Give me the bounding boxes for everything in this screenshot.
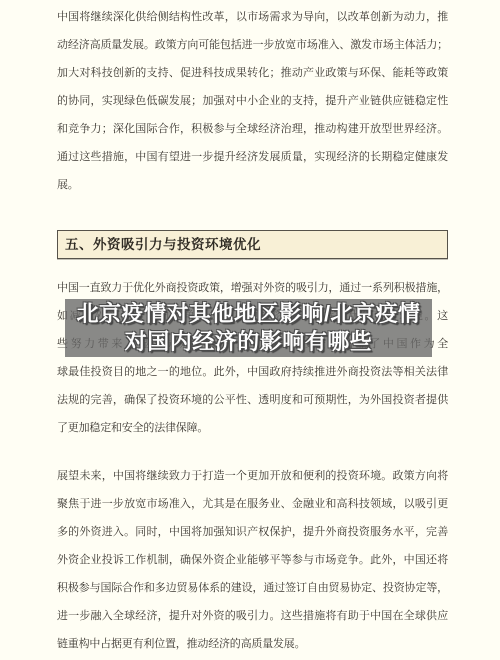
text-line: 进一步融入全球经济，提升对外资的吸引力。这些措施将有助于中国在全球供应 <box>57 602 448 630</box>
text-line: 展。 <box>57 171 448 199</box>
text-line: 展望未来，中国将继续致力于打造一个更加开放和便利的投资环境。政策方向将 <box>57 462 448 490</box>
banner-title-line-2: 对国内经济的影响有哪些 <box>125 328 373 356</box>
text-line: 加大对科技创新的支持、促进科技成果转化；推动产业政策与环保、能耗等政策 <box>57 59 448 87</box>
text-line: 中国一直致力于优化外商投资政策，增强对外资的吸引力，通过一系列积极措施， <box>57 274 448 302</box>
text-line: 动经济高质量发展。政策方向可能包括进一步放宽市场准入、激发市场主体活力； <box>57 31 448 59</box>
document-page: 中国将继续深化供给侧结构性改革，以市场需求为导向，以改革创新为动力，推动经济高质… <box>0 0 500 660</box>
text-line: 中国将继续深化供给侧结构性改革，以市场需求为导向，以改革创新为动力，推 <box>57 3 448 31</box>
text-line: 聚焦于进一步放宽市场准入，尤其是在服务业、金融业和高科技领域，以吸引更 <box>57 490 448 518</box>
subtitle-overlay-banner: 北京疫情对其他地区影响/北京疫情 对国内经济的影响有哪些 <box>65 299 432 357</box>
text-line: 通过这些措施，中国有望进一步提升经济发展质量，实现经济的长期稳定健康发 <box>57 143 448 171</box>
text-line: 了更加稳定和安全的法律保障。 <box>57 414 448 442</box>
text-line: 多的外资进入。同时，中国将加强知识产权保护，提升外商投资服务水平，完善 <box>57 518 448 546</box>
text-line: 和竞争力；深化国际合作，积极参与全球经济治理，推动构建开放型世界经济。 <box>57 115 448 143</box>
banner-title-line-1: 北京疫情对其他地区影响/北京疫情 <box>76 300 420 328</box>
text-line: 外资企业投诉工作机制，确保外资企业能够平等参与市场竞争。此外，中国还将 <box>57 546 448 574</box>
text-line: 球最佳投资目的地之一的地位。此外，中国政府持续推进外商投资法等相关法律 <box>57 358 448 386</box>
section-heading-label: 五、外资吸引力与投资环境优化 <box>65 237 261 252</box>
text-line: 积极参与国际合作和多边贸易体系的建设，通过签订自由贸易协定、投资协定等， <box>57 574 448 602</box>
text-line: 链重构中占据更有利位置，推动经济的高质量发展。 <box>57 630 448 658</box>
text-line: 的协同，实现绿色低碳发展；加强对中小企业的支持，提升产业链供应链稳定性 <box>57 87 448 115</box>
section-heading-foreign-investment: 五、外资吸引力与投资环境优化 <box>57 230 448 259</box>
paragraph-supply-side-reform: 中国将继续深化供给侧结构性改革，以市场需求为导向，以改革创新为动力，推动经济高质… <box>57 3 448 199</box>
paragraph-future-outlook: 展望未来，中国将继续致力于打造一个更加开放和便利的投资环境。政策方向将聚焦于进一… <box>57 462 448 658</box>
text-line: 法规的完善，确保了投资环境的公平性、透明度和可预期性，为外国投资者提供 <box>57 386 448 414</box>
